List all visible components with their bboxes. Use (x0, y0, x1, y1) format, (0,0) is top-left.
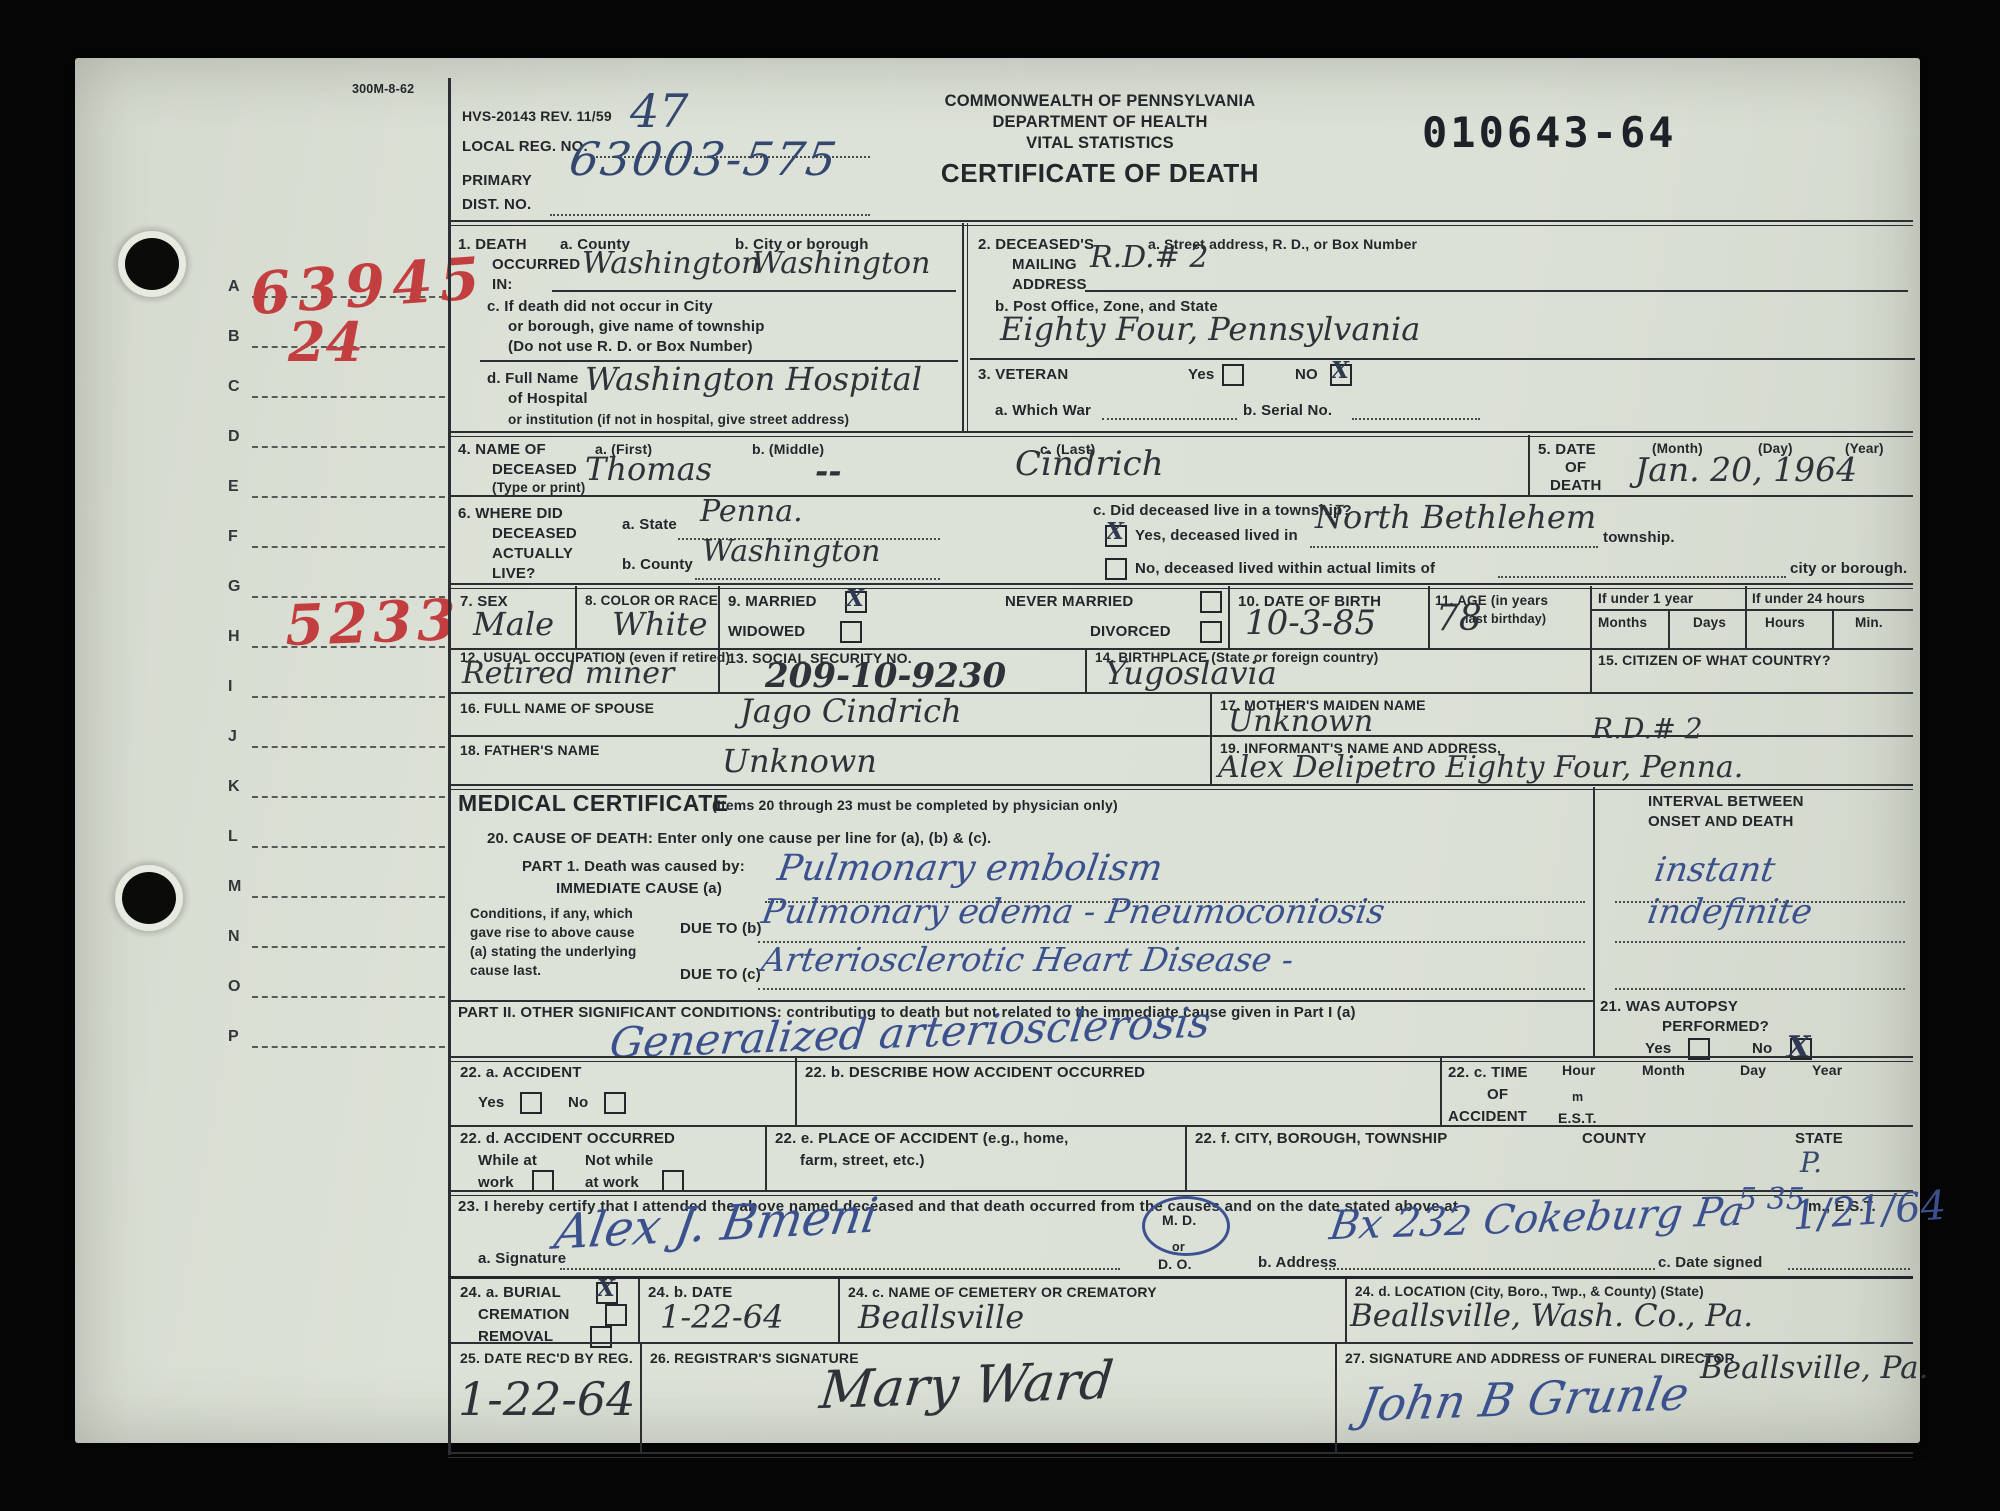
s4-label: 4. NAME OF (458, 441, 546, 458)
margin-line (252, 1046, 445, 1048)
s22-notwhile-label: at work (585, 1174, 639, 1191)
form-code: HVS-20143 REV. 11/59 (462, 108, 612, 124)
s1-label: OCCURRED (492, 256, 580, 273)
serial-stamp: 010643-64 (1422, 108, 1677, 157)
local-reg-value: 47 (630, 84, 689, 138)
divider (1228, 586, 1230, 648)
s22-no-label: No (568, 1094, 588, 1111)
margin-letter: A (228, 278, 240, 296)
township-yes-mark: X (1106, 518, 1124, 545)
divider (448, 1000, 1593, 1002)
medical-subtitle: (Items 20 through 23 must be completed b… (712, 797, 1118, 813)
margin-letter: I (228, 678, 232, 696)
divider (448, 495, 1913, 497)
s22-year-label: Year (1812, 1062, 1842, 1078)
s20b-value: Pulmonary edema - Pneumoconiosis (759, 892, 1388, 932)
margin-letter: P (228, 1028, 239, 1046)
s6-label: ACTUALLY (492, 545, 573, 562)
cremation-checkbox (605, 1304, 627, 1326)
s20-cond-label: (a) stating the underlying (470, 944, 636, 959)
s5-label: OF (1565, 459, 1586, 476)
dotted-line (1615, 988, 1905, 990)
s22e-label: 22. e. PLACE OF ACCIDENT (e.g., home, (775, 1130, 1069, 1147)
s4-label: DECEASED (492, 461, 577, 478)
red-annotation: 24 (288, 310, 363, 374)
divider (838, 1279, 840, 1342)
s1-label: 1. DEATH (458, 236, 527, 253)
interval-label: INTERVAL BETWEEN (1648, 793, 1804, 810)
s1c-label: (Do not use R. D. or Box Number) (508, 338, 753, 355)
s4-middle-value: -- (815, 452, 842, 490)
s6c-label: c. Did deceased live in a township? (1093, 502, 1352, 519)
s2-label: 2. DECEASED'S (978, 236, 1094, 253)
s6-label: 6. WHERE DID (458, 505, 563, 522)
s22-county-label: COUNTY (1582, 1130, 1647, 1147)
s6-no-text: No, deceased lived within actual limits … (1135, 560, 1435, 577)
s22-while-label: work (478, 1174, 514, 1191)
divider (1085, 290, 1908, 292)
s22e-label: farm, street, etc.) (800, 1152, 925, 1169)
dist-label: DIST. NO. (462, 196, 531, 213)
s16-label: 16. FULL NAME OF SPOUSE (460, 700, 654, 716)
s22-month-label: Month (1642, 1062, 1685, 1078)
s20-cond-label: cause last. (470, 963, 541, 978)
s23-md-label: M. D. (1162, 1212, 1196, 1228)
s20c-value: Arteriosclerotic Heart Disease - (759, 940, 1296, 979)
dotted-line (758, 988, 1585, 990)
s5-label: 5. DATE (1538, 441, 1596, 458)
s8-value: White (612, 605, 708, 643)
print-code: 300M-8-62 (352, 82, 414, 96)
divider (448, 1342, 1913, 1344)
s22c-label: 22. c. TIME (1448, 1064, 1528, 1081)
margin-letter: N (228, 928, 240, 946)
margin-letter: B (228, 328, 240, 346)
s9-widowed-label: WIDOWED (728, 623, 805, 640)
s6-no-suffix: city or borough. (1790, 560, 1907, 577)
divider (1590, 648, 1592, 692)
s2-label: MAILING (1012, 256, 1077, 273)
dotted-line (1325, 1268, 1655, 1270)
margin-letter: F (228, 528, 238, 546)
divider (448, 78, 451, 1455)
s9-never-label: NEVER MARRIED (1005, 593, 1133, 610)
medical-title: MEDICAL CERTIFICATE (458, 790, 729, 817)
s22c-label: OF (1487, 1086, 1508, 1103)
red-annotation: 5233 (284, 587, 462, 659)
s20a-interval: instant (1652, 850, 1778, 890)
s12-value: Retired miner (462, 656, 674, 691)
s3-label: 3. VETERAN (978, 366, 1068, 383)
divider (1335, 1344, 1337, 1452)
s22d-label: 22. d. ACCIDENT OCCURRED (460, 1130, 675, 1147)
margin-letter: H (228, 628, 240, 646)
s1d-label: d. Full Name (487, 370, 579, 387)
divider (1745, 586, 1747, 648)
veteran-yes-checkbox (1222, 364, 1244, 386)
margin-line (252, 496, 445, 498)
s22-hour-label: Hour (1562, 1062, 1595, 1078)
s22-state-value: P. (1800, 1146, 1822, 1179)
divider (1085, 648, 1087, 692)
s3-yes-label: Yes (1188, 366, 1214, 383)
department-line: DEPARTMENT OF HEALTH (910, 113, 1290, 132)
s18-label: 18. FATHER'S NAME (460, 742, 600, 758)
dotted-line (1498, 576, 1786, 578)
s4-middle-label: b. (Middle) (752, 441, 824, 457)
s11-under1-label: If under 1 year (1598, 591, 1693, 606)
s21-label: 21. WAS AUTOPSY (1600, 998, 1738, 1015)
s1d-label: of Hospital (508, 390, 588, 407)
s22-while-label: While at (478, 1152, 537, 1169)
dotted-line (1352, 418, 1480, 420)
s6-label: LIVE? (492, 565, 536, 582)
s22-est-label: E.S.T. (1558, 1110, 1597, 1126)
divider (448, 1125, 1913, 1127)
divider (448, 220, 1913, 226)
s22-day-label: Day (1740, 1062, 1766, 1078)
margin-line (252, 796, 445, 798)
s1d-value: Washington Hospital (585, 360, 922, 398)
s2-label: ADDRESS (1012, 276, 1087, 293)
s11-under24-label: If under 24 hours (1752, 591, 1865, 606)
margin-line (252, 896, 445, 898)
margin-line (252, 546, 445, 548)
divider (448, 431, 1913, 437)
divider (1668, 609, 1670, 648)
margin-line (252, 396, 445, 398)
dotted-line (550, 214, 870, 216)
s11-min-label: Min. (1855, 615, 1883, 630)
s10-value: 10-3-85 (1245, 603, 1376, 643)
divider (1593, 787, 1595, 1058)
divider (1210, 692, 1212, 735)
s27-address-value: Beallsville, Pa. (1700, 1350, 1928, 1386)
divider (640, 1344, 642, 1452)
divider (970, 358, 1915, 360)
commonwealth-line: COMMONWEALTH OF PENNSYLVANIA (910, 92, 1290, 111)
divider (1210, 735, 1212, 784)
widowed-checkbox (840, 621, 862, 643)
interval-label: ONSET AND DEATH (1648, 813, 1794, 830)
s6-label: DECEASED (492, 525, 577, 542)
divorced-checkbox (1200, 621, 1222, 643)
s24d-label: 24. d. LOCATION (City, Boro., Twp., & Co… (1355, 1284, 1704, 1299)
divider (552, 290, 956, 292)
divider (1832, 609, 1834, 648)
s2a-value: R.D.# 2 (1090, 240, 1208, 275)
dotted-line (695, 578, 940, 580)
s1b-value: Washington (752, 246, 930, 281)
s6-state-label: a. State (622, 516, 677, 533)
dist-value: 63003-575 (566, 132, 842, 186)
burial-mark: X (597, 1275, 615, 1302)
s9-married-label: 9. MARRIED (728, 593, 817, 610)
margin-letter: C (228, 378, 240, 396)
divider (765, 1125, 767, 1190)
s23-date-value: 1/21/64 (1791, 1183, 1948, 1240)
s18-value: Unknown (722, 742, 877, 780)
s20a-value: Pulmonary embolism (775, 848, 1166, 889)
margin-letter: G (228, 578, 240, 596)
margin-letter: D (228, 428, 240, 446)
s5-value: Jan. 20, 1964 (1635, 450, 1857, 489)
s24d-value: Beallsville, Wash. Co., Pa. (1350, 1298, 1753, 1334)
primary-label: PRIMARY (462, 172, 532, 189)
veteran-no-mark: X (1331, 357, 1349, 384)
dotted-line (1310, 546, 1598, 548)
local-reg-label: LOCAL REG. NO. (462, 138, 588, 155)
divider (638, 1279, 640, 1342)
removal-checkbox (590, 1326, 612, 1348)
s22f-label: 22. f. CITY, BOROUGH, TOWNSHIP (1195, 1130, 1447, 1147)
s22a-label: 22. a. ACCIDENT (460, 1064, 582, 1081)
divider (962, 223, 968, 433)
s21-no-label: No (1752, 1040, 1772, 1057)
divider (1440, 1058, 1442, 1125)
accident-yes-checkbox (520, 1092, 542, 1114)
s11-hours-label: Hours (1765, 615, 1805, 630)
s22c-label: ACCIDENT (1448, 1108, 1527, 1125)
s25-label: 25. DATE REC'D BY REG. (460, 1350, 633, 1366)
s1a-value: Washington (582, 246, 760, 281)
margin-letter: J (228, 728, 237, 746)
punch-hole (122, 872, 176, 924)
divider (1590, 586, 1592, 648)
margin-letter: M (228, 878, 241, 896)
s6-yes-text: Yes, deceased lived in (1135, 527, 1298, 544)
s20-cond-label: gave rise to above cause (470, 925, 635, 940)
s14-value: Yugoslavia (1105, 654, 1277, 692)
divider (1185, 1125, 1187, 1190)
divider (1528, 435, 1530, 497)
certificate-title: CERTIFICATE OF DEATH (910, 158, 1290, 189)
divider (575, 586, 577, 648)
s22-m-label: m (1572, 1090, 1583, 1104)
married-mark: X (846, 585, 864, 612)
s19-value: Alex Delipetro Eighty Four, Penna. (1218, 750, 1743, 785)
margin-line (252, 446, 445, 448)
s3-no-label: NO (1295, 366, 1318, 383)
while-at-work-checkbox (532, 1170, 554, 1192)
s23-or-label: or (1172, 1240, 1185, 1254)
s1-label: IN: (492, 276, 513, 293)
s24b-value: 1-22-64 (660, 1298, 783, 1336)
s4-last-value: Cindrich (1015, 444, 1164, 484)
s9-divorced-label: DIVORCED (1090, 623, 1171, 640)
margin-line (252, 996, 445, 998)
divider (1428, 586, 1430, 648)
dotted-line (1102, 418, 1237, 420)
s6-county-label: b. County (622, 556, 693, 573)
registrar-signature: Mary Ward (817, 1351, 1116, 1421)
s2b-value: Eighty Four, Pennsylvania (1000, 310, 1420, 348)
s22-notwhile-label: Not while (585, 1152, 653, 1169)
divider (448, 1452, 1913, 1458)
accident-no-checkbox (604, 1092, 626, 1114)
margin-letter: K (228, 778, 240, 796)
dotted-line (1788, 1268, 1910, 1270)
vital-line: VITAL STATISTICS (910, 134, 1290, 153)
s20-cond-label: Conditions, if any, which (470, 906, 633, 921)
margin-line (252, 696, 445, 698)
s4-label: (Type or print) (492, 480, 586, 495)
s16-value: Jago Cindrich (740, 692, 962, 730)
divider (795, 1058, 797, 1125)
s6-county-value: Washington (702, 534, 880, 569)
township-no-checkbox (1105, 558, 1127, 580)
s3-serial-label: b. Serial No. (1243, 402, 1332, 419)
s23-do-label: D. O. (1158, 1256, 1192, 1272)
margin-line (252, 846, 445, 848)
s6-state-value: Penna. (700, 494, 803, 529)
s7-value: Male (473, 605, 554, 643)
s11-value: 78 (1436, 598, 1482, 639)
s15-label: 15. CITIZEN OF WHAT COUNTRY? (1598, 652, 1831, 668)
s22-state-label: STATE (1795, 1130, 1843, 1147)
divider (1745, 609, 1913, 611)
dotted-line (560, 1268, 1120, 1270)
s6-township-value: North Bethlehem (1315, 498, 1596, 536)
s4-first-value: Thomas (585, 450, 712, 488)
s21-yes-label: Yes (1645, 1040, 1671, 1057)
s1c-label: c. If death did not occur in City (487, 298, 713, 315)
margin-line (252, 946, 445, 948)
s20b-interval: indefinite (1645, 892, 1815, 932)
s20-part1-label: PART 1. Death was caused by: (522, 858, 745, 875)
s19-rd-value: R.D.# 2 (1592, 712, 1703, 745)
s11-days-label: Days (1693, 615, 1726, 630)
margin-line (252, 746, 445, 748)
not-while-at-work-checkbox (662, 1170, 684, 1192)
never-married-checkbox (1200, 591, 1222, 613)
s21-label: PERFORMED? (1662, 1018, 1769, 1035)
s6-township-suffix: township. (1603, 529, 1675, 546)
s20-immediate-label: IMMEDIATE CAUSE (a) (556, 880, 722, 897)
margin-letter: E (228, 478, 239, 496)
divider (448, 692, 1913, 694)
s24c-value: Beallsville (858, 1298, 1024, 1336)
s20-duec-label: DUE TO (c) (680, 966, 761, 983)
s24-burial-label: 24. a. BURIAL (460, 1284, 561, 1301)
divider (448, 1056, 1913, 1062)
s22b-label: 22. b. DESCRIBE HOW ACCIDENT OCCURRED (805, 1064, 1145, 1081)
s25-value: 1-22-64 (458, 1372, 635, 1426)
divider (718, 586, 720, 648)
s1d-label: or institution (if not in hospital, give… (508, 412, 849, 427)
margin-letter: L (228, 828, 238, 846)
death-certificate-scan: A B C D E F G H I J K L M N O P 63945 24… (0, 0, 2000, 1511)
divider (448, 1276, 1913, 1279)
s27-label: 27. SIGNATURE AND ADDRESS OF FUNERAL DIR… (1345, 1350, 1735, 1366)
margin-letter: O (228, 978, 240, 996)
s17-value: Unknown (1228, 704, 1373, 739)
s20-label: 20. CAUSE OF DEATH: Enter only one cause… (487, 830, 991, 847)
punch-hole (125, 238, 179, 290)
divider (1345, 1279, 1347, 1342)
s13-value: 209-10-9230 (765, 656, 1006, 696)
divider (448, 583, 1913, 589)
s22-yes-label: Yes (478, 1094, 504, 1111)
s3-war-label: a. Which War (995, 402, 1091, 419)
s20-dueb-label: DUE TO (b) (680, 920, 762, 937)
s5-label: DEATH (1550, 477, 1602, 494)
s23-date-label: c. Date signed (1658, 1254, 1763, 1271)
s24-cremation-label: CREMATION (478, 1306, 570, 1323)
s11-months-label: Months (1598, 615, 1647, 630)
s1c-label: or borough, give name of township (508, 318, 765, 335)
dotted-line (1615, 941, 1905, 943)
